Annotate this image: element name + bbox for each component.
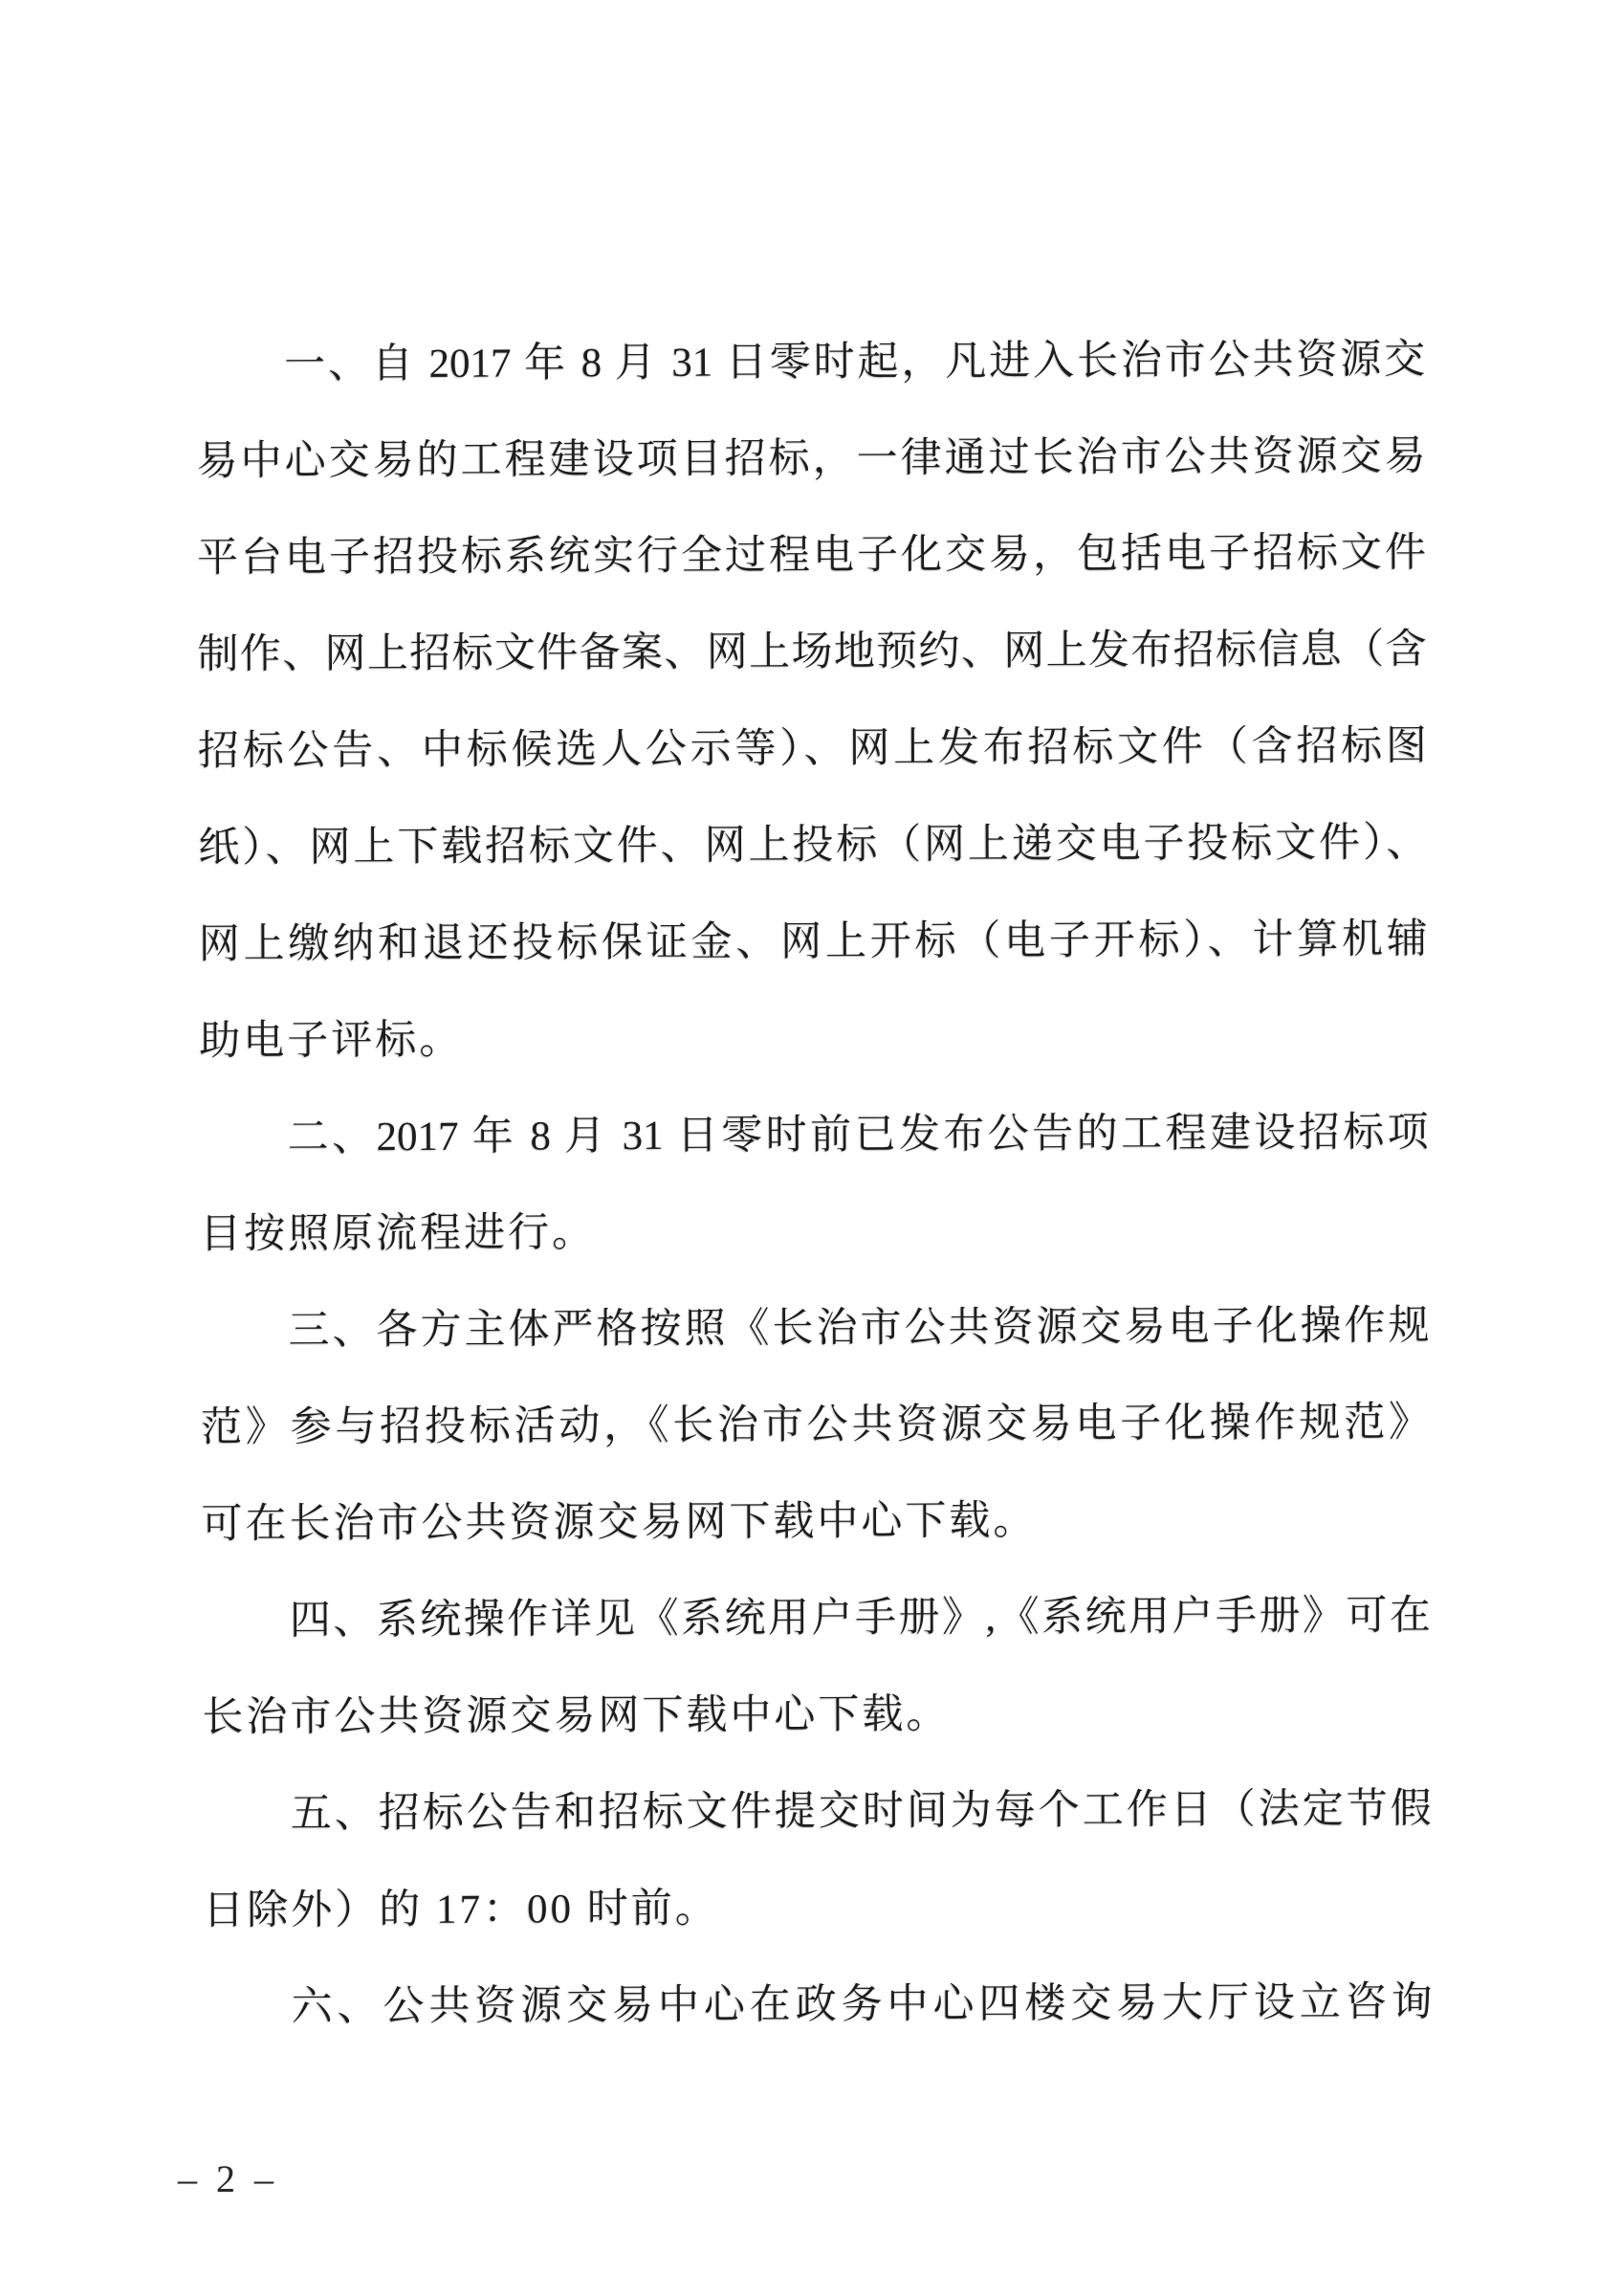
document-line: 一、自 2017 年 8 月 31 日零时起，凡进入长治市公共资源交 <box>196 311 1425 413</box>
document-body: 一、自 2017 年 8 月 31 日零时起，凡进入长治市公共资源交 易中心交易… <box>196 311 1433 2056</box>
document-line: 助电子评标。 <box>199 987 1428 1090</box>
document-line: 易中心交易的工程建设项目招标，一律通过长治市公共资源交易 <box>196 408 1425 510</box>
scanned-document-page: 一、自 2017 年 8 月 31 日零时起，凡进入长治市公共资源交 易中心交易… <box>0 0 1623 2296</box>
page-number: – 2 – <box>178 2158 278 2200</box>
document-line: 长治市公共资源交易网下载中心下载。 <box>202 1664 1431 1766</box>
document-line: 目按照原流程进行。 <box>200 1181 1429 1283</box>
document-line: 招标公告、中标候选人公示等）、网上发布招标文件（含招标图 <box>198 697 1427 800</box>
document-line: 六、公共资源交易中心在政务中心四楼交易大厅设立咨询 <box>203 1954 1432 2056</box>
document-line: 可在长治市公共资源交易网下载中心下载。 <box>201 1470 1430 1573</box>
document-line: 网上缴纳和退还投标保证金、网上开标（电子开标）、计算机辅 <box>199 891 1428 993</box>
document-line: 五、招标公告和招标文件提交时间为每个工作日（法定节假 <box>203 1760 1432 1863</box>
document-line: 制作、网上招标文件备案、网上场地预约、网上发布招标信息（含 <box>197 601 1426 703</box>
document-line: 纸）、网上下载招标文件、网上投标（网上递交电子投标文件）、 <box>198 794 1427 896</box>
document-line: 平台电子招投标系统实行全过程电子化交易，包括电子招标文件 <box>197 504 1426 607</box>
document-line: 二、2017 年 8 月 31 日零时前已发布公告的工程建设招标项 <box>200 1084 1429 1186</box>
document-line: 三、各方主体严格按照《长治市公共资源交易电子化操作规 <box>200 1277 1429 1380</box>
document-line: 日除外）的 17：00 时前。 <box>203 1857 1432 1959</box>
document-line: 四、系统操作详见《系统用户手册》,《系统用户手册》可在 <box>202 1567 1431 1669</box>
document-line: 范》参与招投标活动，《长治市公共资源交易电子化操作规范》 <box>201 1374 1430 1476</box>
